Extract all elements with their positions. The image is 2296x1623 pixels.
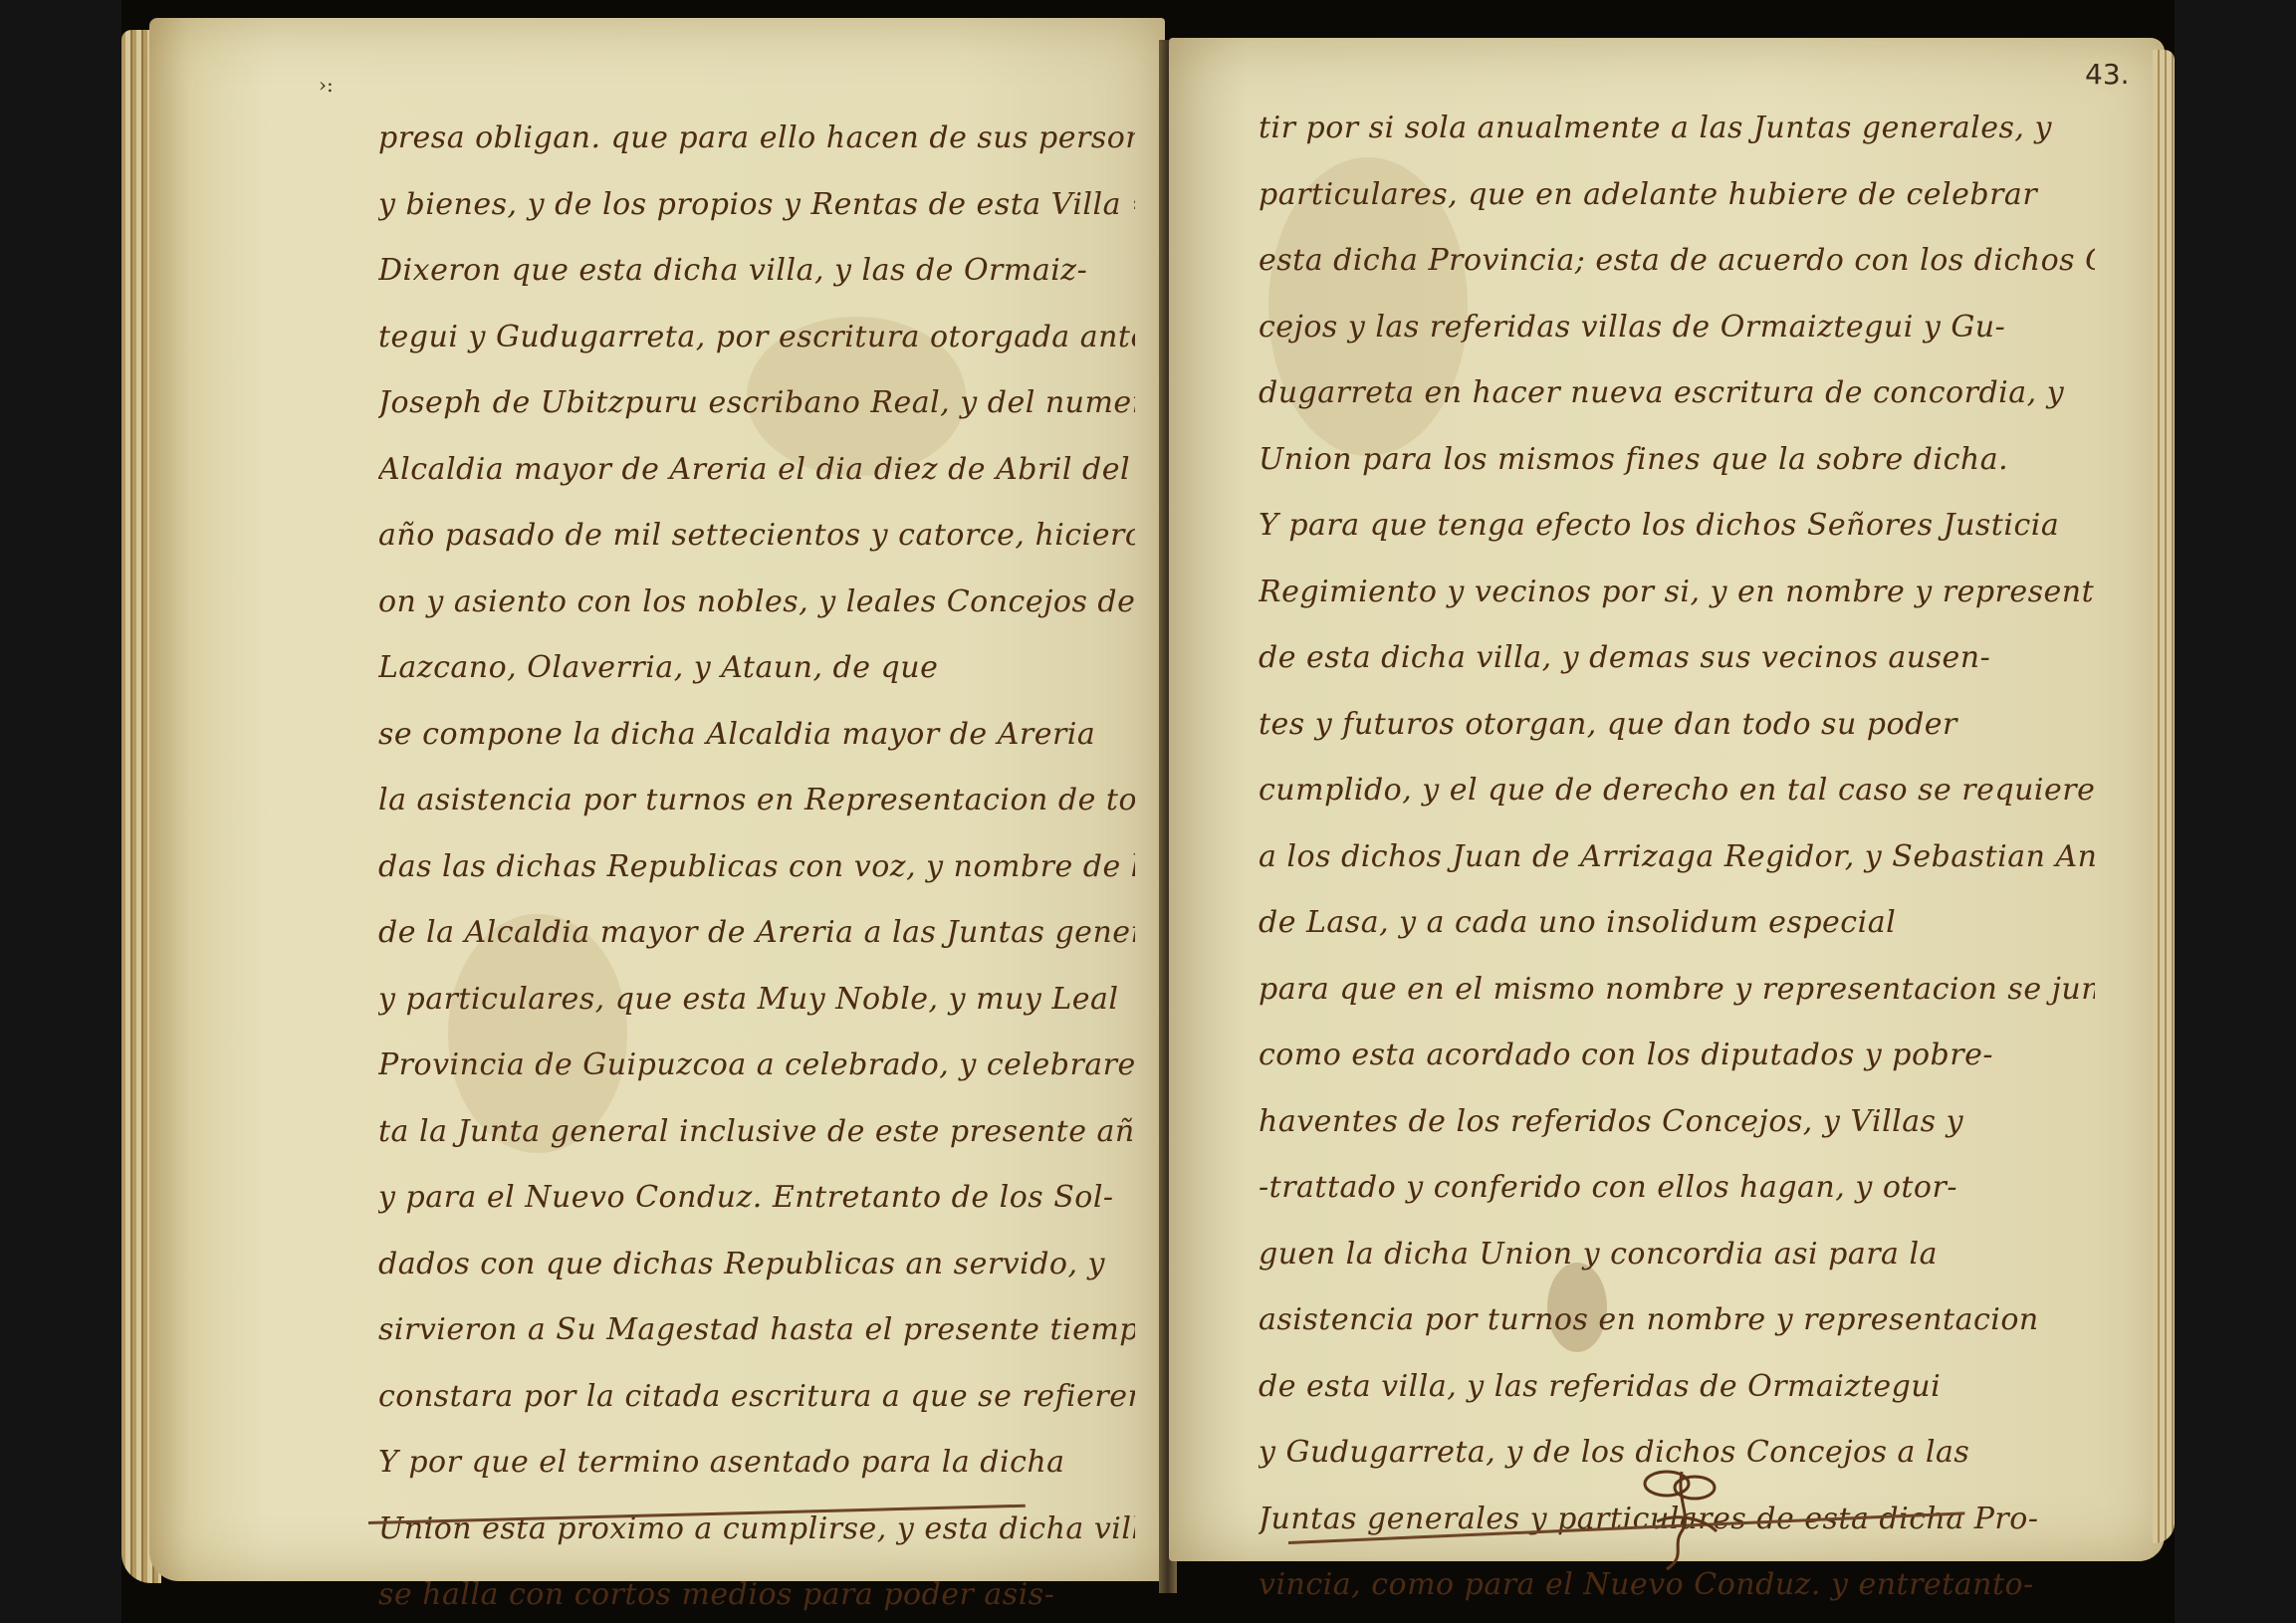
- rubric-flourish-icon: [1637, 1462, 1726, 1571]
- text-line: dugarreta en hacer nueva escritura de co…: [1259, 360, 2095, 427]
- text-line: año pasado de mil settecientos y catorce…: [378, 503, 1135, 570]
- text-line: y particulares, que esta Muy Noble, y mu…: [378, 967, 1135, 1034]
- text-line: constara por la citada escritura a que s…: [378, 1364, 1135, 1431]
- text-line: das las dichas Republicas con voz, y nom…: [378, 834, 1135, 901]
- text-line: se compone la dicha Alcaldia mayor de Ar…: [378, 702, 1135, 769]
- text-line: particulares, que en adelante hubiere de…: [1259, 162, 2095, 229]
- text-line: asistencia por turnos en nombre y repres…: [1259, 1287, 2095, 1354]
- text-line: y bienes, y de los propios y Rentas de e…: [378, 172, 1135, 239]
- text-line: como esta acordado con los diputados y p…: [1259, 1023, 2095, 1089]
- text-line: la asistencia por turnos en Representaci…: [378, 768, 1135, 834]
- text-line: Y por que el termino asentado para la di…: [378, 1430, 1135, 1497]
- text-line: haventes de los referidos Concejos, y Vi…: [1259, 1089, 2095, 1156]
- text-line: Provincia de Guipuzcoa a celebrado, y ce…: [378, 1033, 1135, 1099]
- left-page: ›: presa obligan. que para ello hacen de…: [149, 18, 1165, 1581]
- text-line: de esta dicha villa, y demas sus vecinos…: [1259, 625, 2095, 692]
- text-line: -trattado y conferido con ellos hagan, y…: [1259, 1155, 2095, 1222]
- folio-number: 43.: [2085, 58, 2130, 91]
- text-line: esta dicha Provincia; esta de acuerdo co…: [1259, 228, 2095, 295]
- text-line: tir por si sola anualmente a las Juntas …: [1259, 96, 2095, 162]
- text-line: Regimiento y vecinos por si, y en nombre…: [1259, 560, 2095, 626]
- left-page-text: presa obligan. que para ello hacen de su…: [378, 106, 1135, 1623]
- text-line: se halla con cortos medios para poder as…: [378, 1562, 1135, 1623]
- text-line: tegui y Gudugarreta, por escritura otorg…: [378, 305, 1135, 371]
- text-line: de esta villa, y las referidas de Ormaiz…: [1259, 1354, 2095, 1421]
- corner-mark: ›:: [319, 73, 334, 97]
- text-line: de Lasa, y a cada uno insolidum especial: [1259, 890, 2095, 957]
- text-line: Lazcano, Olaverria, y Ataun, de que: [378, 635, 1135, 702]
- text-line: a los dichos Juan de Arrizaga Regidor, y…: [1259, 824, 2095, 891]
- right-page-text: tir por si sola anualmente a las Juntas …: [1259, 96, 2095, 1619]
- text-line: guen la dicha Union y concordia asi para…: [1259, 1222, 2095, 1288]
- text-line: para que en el mismo nombre y representa…: [1259, 957, 2095, 1024]
- text-line: presa obligan. que para ello hacen de su…: [378, 106, 1135, 172]
- text-line: sirvieron a Su Magestad hasta el present…: [378, 1297, 1135, 1364]
- text-line: Union para los mismos fines que la sobre…: [1259, 427, 2095, 494]
- text-line: ta la Junta general inclusive de este pr…: [378, 1099, 1135, 1166]
- text-line: Dixeron que esta dicha villa, y las de O…: [378, 238, 1135, 305]
- scan-background: ›: presa obligan. que para ello hacen de…: [121, 0, 2175, 1623]
- text-line: on y asiento con los nobles, y leales Co…: [378, 570, 1135, 636]
- text-line: de la Alcaldia mayor de Areria a las Jun…: [378, 900, 1135, 967]
- text-line: dados con que dichas Republicas an servi…: [378, 1232, 1135, 1298]
- text-line: y para el Nuevo Conduz. Entretanto de lo…: [378, 1165, 1135, 1232]
- text-line: Alcaldia mayor de Areria el dia diez de …: [378, 437, 1135, 504]
- text-line: Joseph de Ubitzpuru escribano Real, y de…: [378, 370, 1135, 437]
- text-line: cumplido, y el que de derecho en tal cas…: [1259, 758, 2095, 824]
- text-line: Y para que tenga efecto los dichos Señor…: [1259, 493, 2095, 560]
- right-page-edges: [2153, 50, 2175, 1543]
- right-page: 43. tir por si sola anualmente a las Jun…: [1169, 38, 2165, 1561]
- text-line: cejos y las referidas villas de Ormaizte…: [1259, 295, 2095, 361]
- text-line: tes y futuros otorgan, que dan todo su p…: [1259, 692, 2095, 759]
